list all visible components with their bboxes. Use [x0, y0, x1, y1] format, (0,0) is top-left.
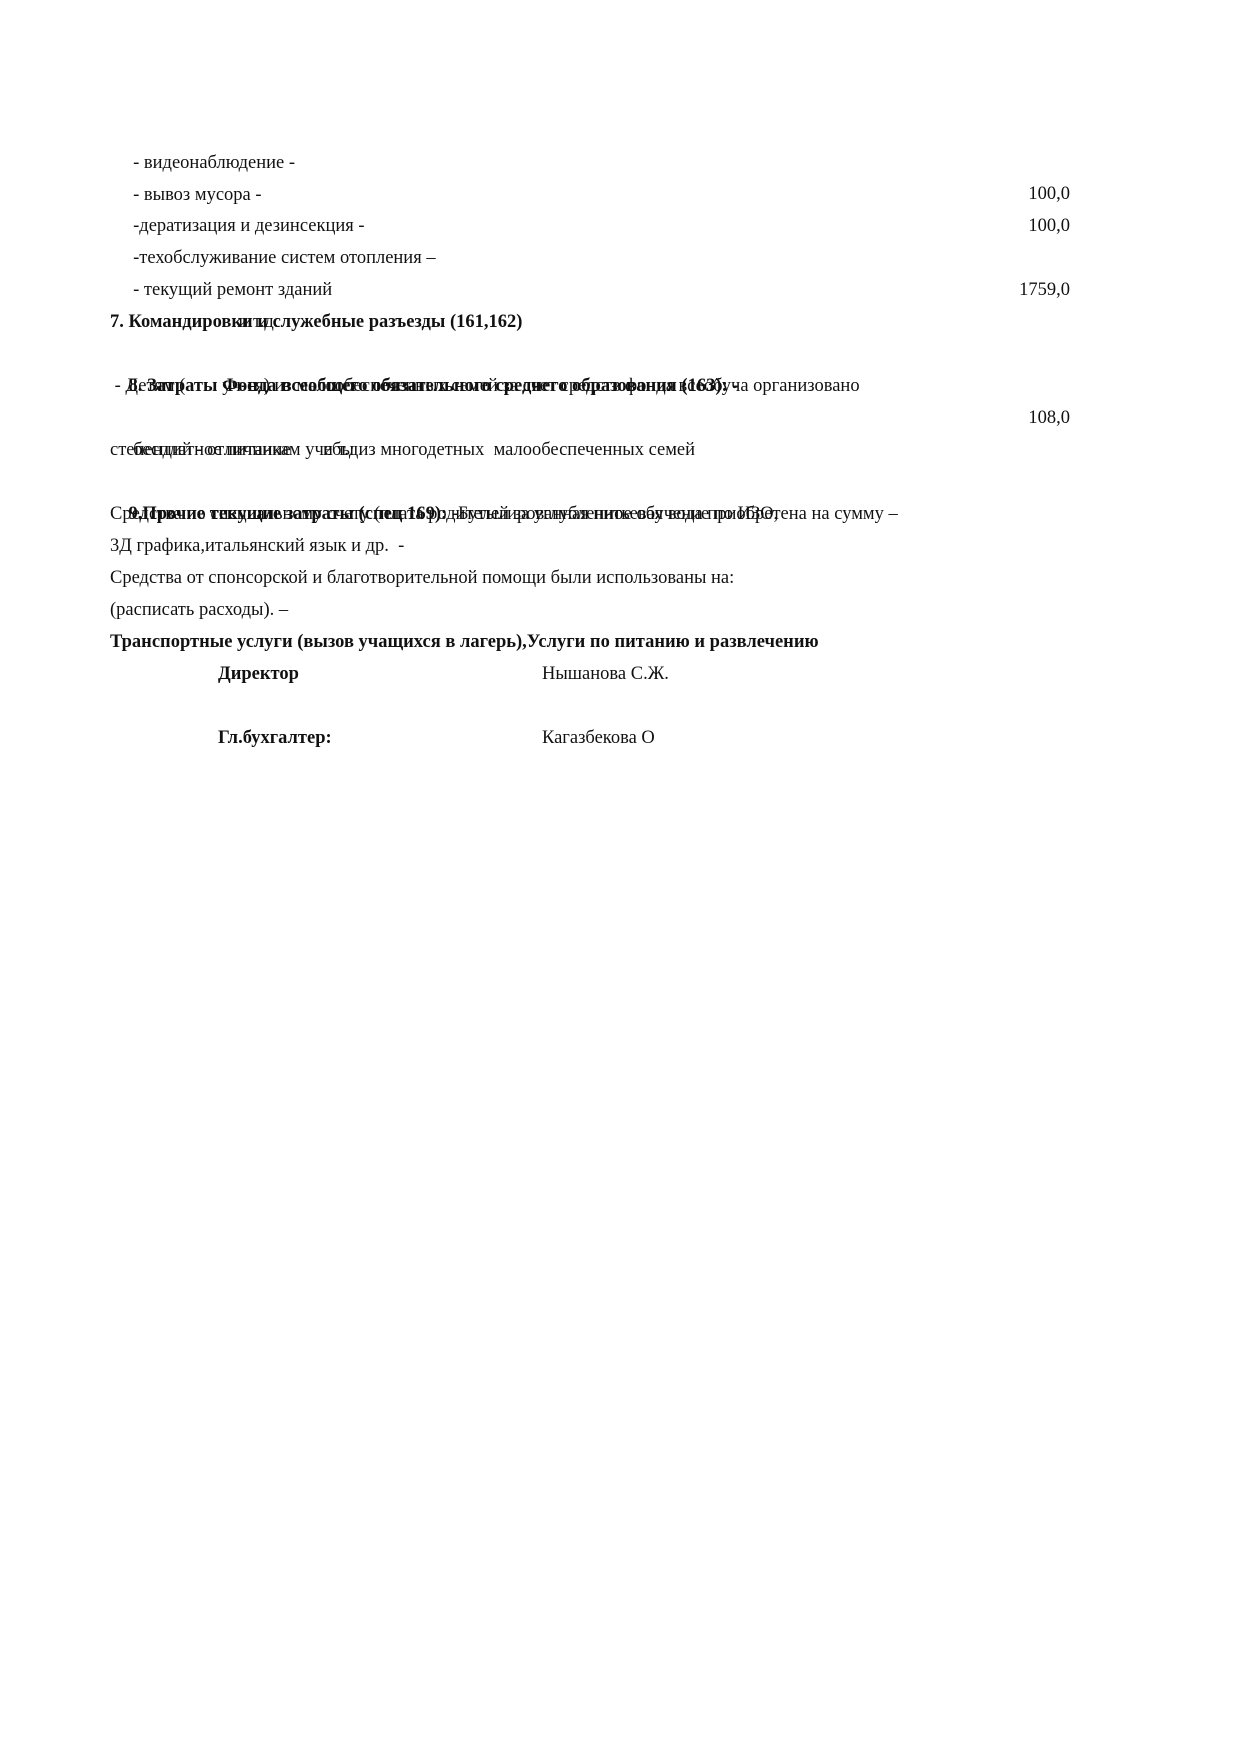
section-9-heading: 9.Прочие текущие затраты (спец 169): -Бу…: [110, 466, 1070, 498]
section-8-line-2-amount: 108,0: [1028, 402, 1070, 434]
signature-name-director: Нышанова С.Ж.: [542, 658, 669, 690]
section-9-line-2: 3Д графика,итальянский язык и др. -: [110, 530, 1070, 562]
document-page: - видеонаблюдение - - вывоз мусора - -де…: [0, 0, 1240, 1754]
signature-role-chief-accountant: Гл.бухгалтер:: [218, 722, 332, 754]
signature-name-chief-accountant: Кагазбекова О: [542, 722, 655, 754]
expense-item-video-surveillance: - видеонаблюдение -: [110, 115, 1070, 147]
expense-item-building-repair: - текущий ремонт зданий: [110, 242, 1070, 274]
expense-item-etc-total: и т.д. 1759,0: [110, 274, 1070, 306]
expense-item-amount: 100,0: [1028, 210, 1070, 242]
section-8-line-2: бесплатное питание и т.д. 108,0: [110, 402, 1070, 434]
section-8-line-3: степендий - отличникам учебы из многодет…: [110, 434, 1070, 466]
section-9-line-4: (расписать расходы). –: [110, 594, 1070, 626]
expense-item-amount: 100,0: [1028, 178, 1070, 210]
section-8-line-1: - Детям ( уч-ся) из малообеспеченных сем…: [110, 370, 1070, 402]
section-7-title: 7. Командировки и служебные разъезды (16…: [110, 306, 1070, 338]
expense-item-amount: 1759,0: [1019, 274, 1070, 306]
expense-item-pest-control: -дератизация и дезинсекция - 100,0: [110, 178, 1070, 210]
section-9-line-3: Средства от спонсорской и благотворитель…: [110, 562, 1070, 594]
signature-role-director: Директор: [218, 658, 299, 690]
section-9-line-1: Средства по специальному счету (плата ро…: [110, 498, 1070, 530]
expense-item-garbage-removal: - вывоз мусора -: [110, 147, 1070, 179]
section-9-line-5: Транспортные услуги (вызов учащихся в ла…: [110, 626, 1070, 658]
section-8-heading: 8. Затраты Фонда всеобщего обязательного…: [110, 338, 1070, 370]
expense-item-heating-maintenance: -техобслуживание систем отопления – 100,…: [110, 210, 1070, 242]
